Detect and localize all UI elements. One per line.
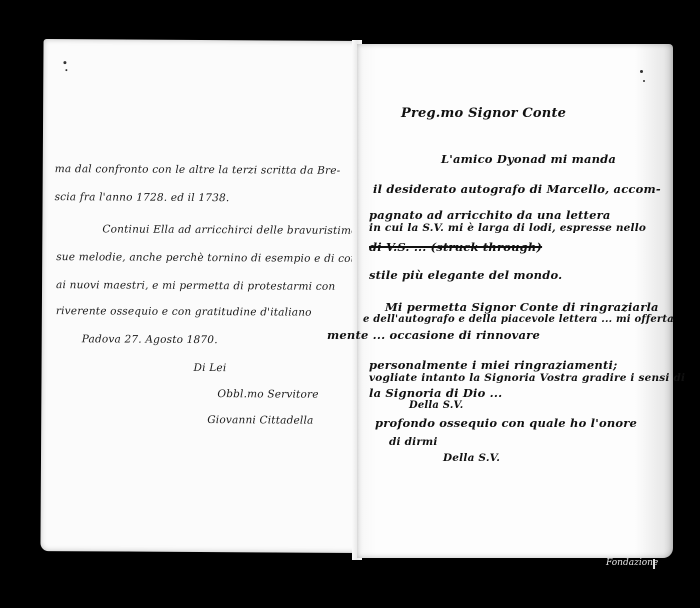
interlinear-note: Della S.V.	[409, 400, 463, 411]
ink-speck	[65, 69, 67, 71]
left-line-4: sue melodie, anche perchè tornino di ese…	[56, 251, 359, 265]
closing: Di Lei	[194, 362, 227, 374]
right-line-7: e dell'autografo e della piacevole lette…	[363, 314, 674, 325]
signature-name: Giovanni Cittadella	[207, 414, 313, 427]
ink-speck	[643, 80, 645, 82]
right-line-9: personalmente i miei ringraziamenti;	[369, 358, 617, 372]
right-line-1: L'amico Dyonad mi manda	[441, 152, 616, 166]
left-manuscript-page: ma dal confronto con le altre la terzi s…	[40, 39, 361, 553]
right-line-13: di dirmi	[389, 436, 438, 448]
right-line-struck: di V.S. ... (struck through)	[369, 240, 542, 254]
left-line-2: scia fra l'anno 1728. ed il 1738.	[55, 191, 230, 204]
right-line-2: il desiderato autografo di Marcello, acc…	[373, 182, 661, 196]
left-line-5: ai nuovi maestri, e mi permetta di prote…	[56, 279, 335, 293]
watermark-logo-mark	[653, 559, 655, 569]
left-line-3: Continui Ella ad arricchirci delle bravu…	[102, 223, 357, 237]
right-line-10: vogliate intanto la Signoria Vostra grad…	[369, 372, 685, 384]
watermark-text: Fondazione	[606, 558, 658, 568]
right-line-3: pagnato ad arricchito da una lettera	[369, 208, 611, 222]
place-date: Padova 27. Agosto 1870.	[82, 333, 218, 346]
right-line-8: mente ... occasione di rinnovare	[327, 328, 540, 342]
right-line-5: stile più elegante del mondo.	[369, 268, 562, 282]
ink-speck	[63, 61, 66, 64]
right-line-14: Della S.V.	[443, 452, 500, 464]
signature-title: Obbl.mo Servitore	[217, 388, 318, 401]
right-line-4: in cui la S.V. mi è larga di lodi, espre…	[369, 222, 646, 234]
left-line-1: ma dal confronto con le altre la terzi s…	[55, 163, 341, 177]
right-line-11: la Signoria di Dio ...	[369, 386, 502, 400]
ink-speck	[640, 70, 643, 73]
left-line-6: riverente ossequio e con gratitudine d'i…	[56, 305, 312, 319]
right-manuscript-page: Preg.mo Signor Conte L'amico Dyonad mi m…	[357, 44, 673, 558]
right-line-12: profondo ossequio con quale ho l'onore	[375, 416, 637, 430]
salutation: Preg.mo Signor Conte	[401, 106, 566, 121]
right-line-6: Mi permetta Signor Conte di ringraziarla	[385, 300, 659, 314]
